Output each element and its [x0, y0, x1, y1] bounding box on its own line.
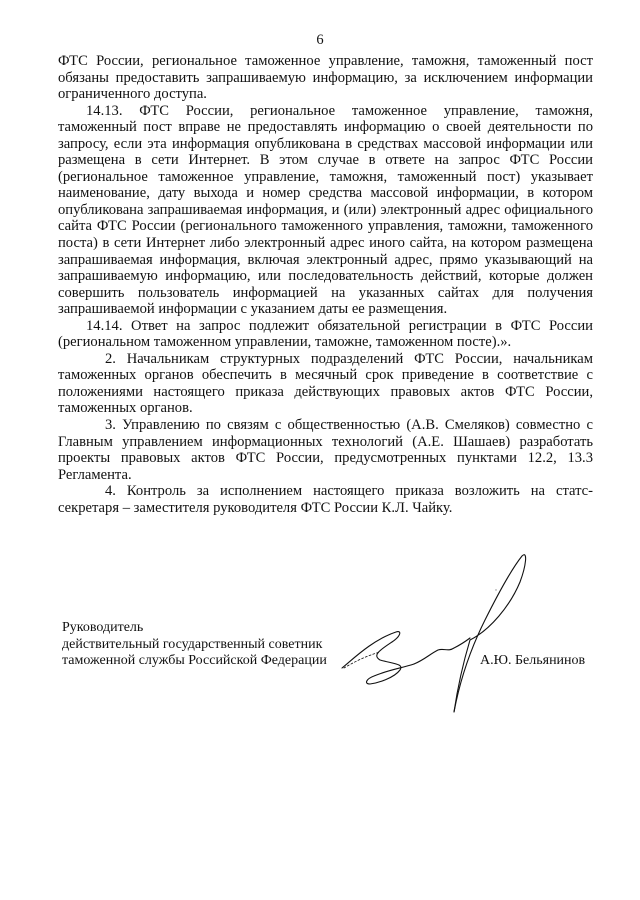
- signatory-title-block: Руководитель действительный государствен…: [62, 620, 327, 670]
- signatory-position: Руководитель: [62, 620, 327, 637]
- paragraph-clause-14-14: 14.14. Ответ на запрос подлежит обязател…: [58, 318, 593, 351]
- page-number: 6: [0, 32, 640, 48]
- signatory-rank: действительный государственный советник: [62, 637, 327, 654]
- handwritten-signature-icon: [330, 550, 540, 720]
- signatory-service: таможенной службы Российской Федерации: [62, 653, 327, 670]
- document-body: ФТС России, региональное таможенное упра…: [58, 53, 593, 516]
- signer-name: А.Ю. Бельянинов: [480, 653, 585, 670]
- paragraph-item-4: 4. Контроль за исполнением настоящего пр…: [58, 483, 593, 516]
- paragraph-continuation: ФТС России, региональное таможенное упра…: [58, 53, 593, 103]
- paragraph-clause-14-13: 14.13. ФТС России, региональное таможенн…: [58, 103, 593, 318]
- paragraph-item-3: 3. Управлению по связям с общественность…: [58, 417, 593, 483]
- paragraph-item-2: 2. Начальникам структурных подразделений…: [58, 351, 593, 417]
